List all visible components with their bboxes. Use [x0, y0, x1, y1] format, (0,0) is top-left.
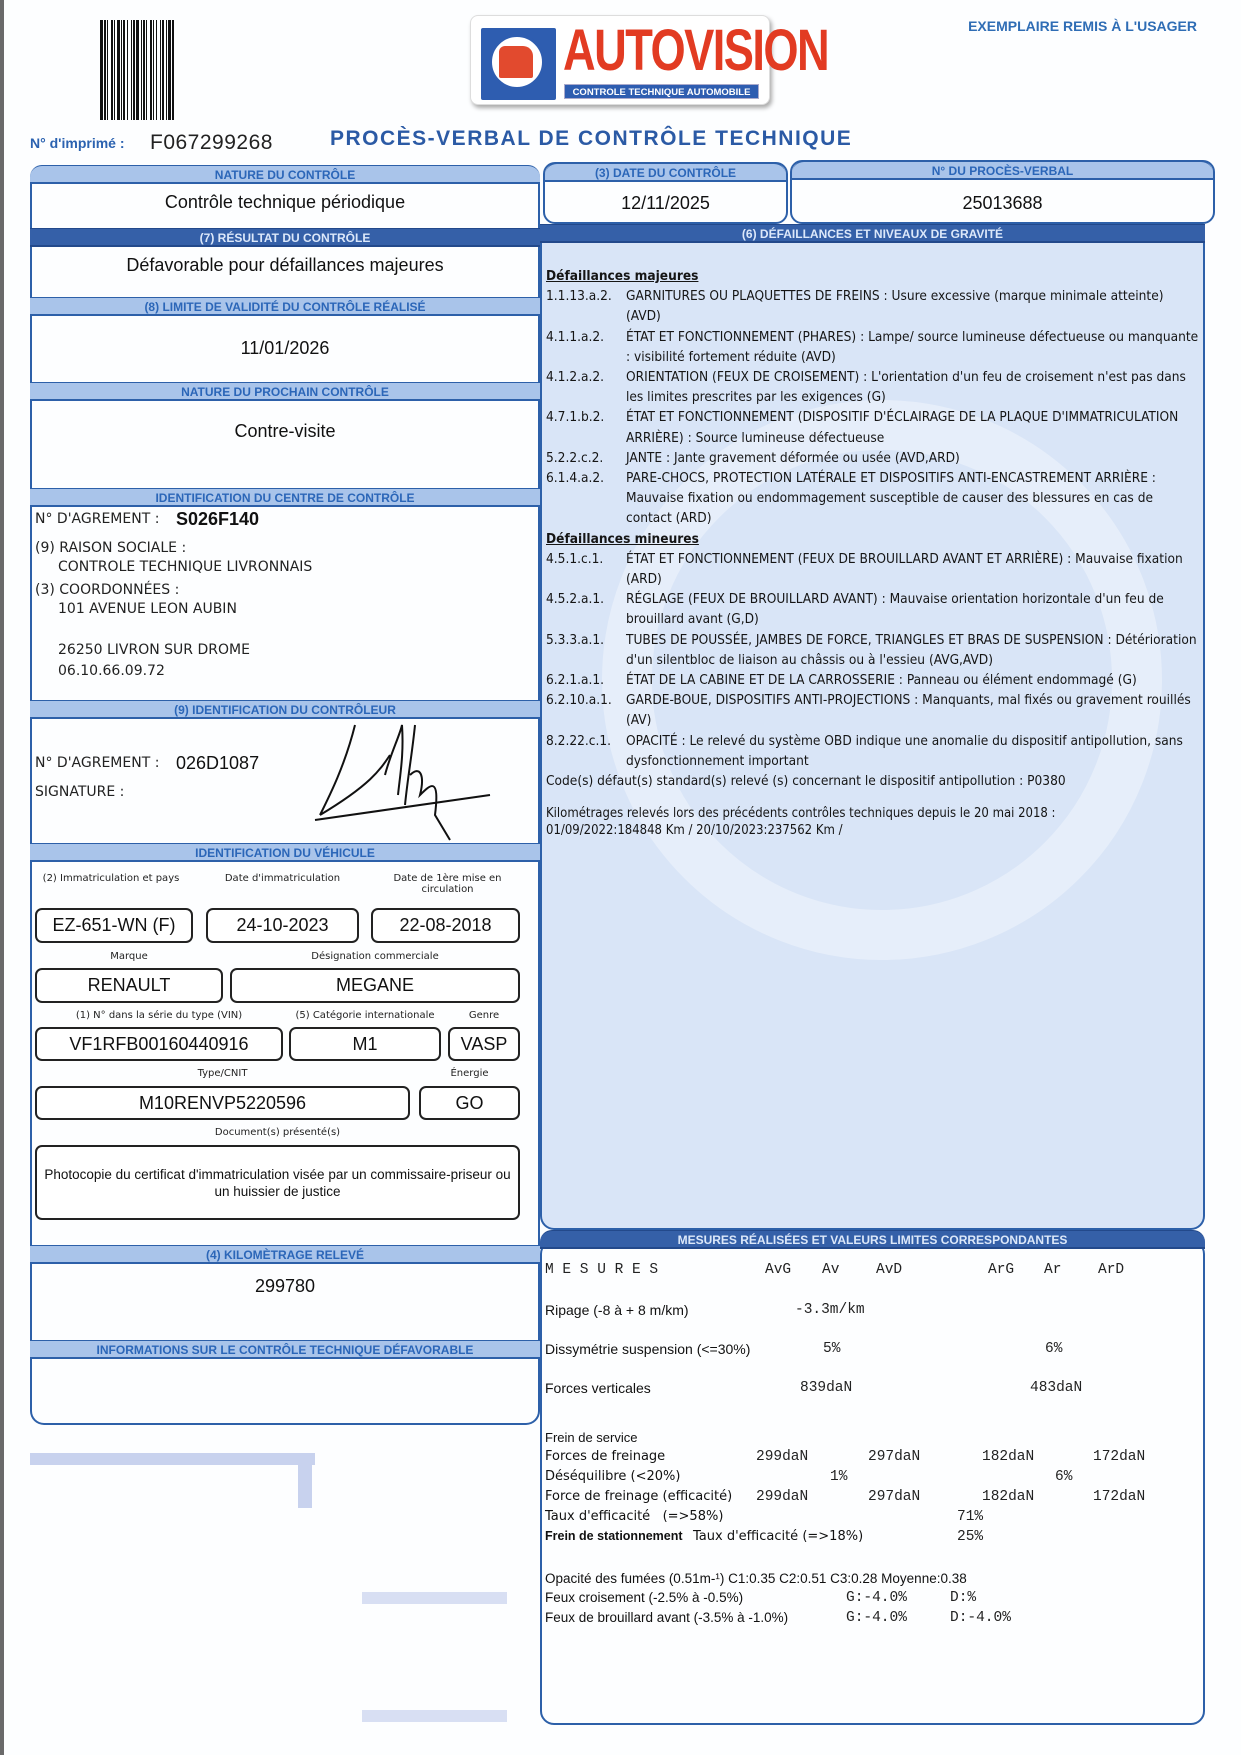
- defaillance-item: 4.7.1.b.2.ÉTAT ET FONCTIONNEMENT (DISPOS…: [546, 407, 1201, 447]
- energie-label: Énergie: [419, 1068, 520, 1079]
- genre-label: Genre: [448, 1010, 520, 1021]
- printed-number-label: N° d'imprimé :: [30, 135, 125, 151]
- date-immat-value: 24-10-2023: [206, 908, 359, 943]
- forces-freinage-ard: 172daN: [1093, 1449, 1145, 1465]
- dissymetrie-label: Dissymétrie suspension (<=30%): [545, 1341, 750, 1357]
- numero-pv-header: N° DU PROCÈS-VERBAL: [792, 161, 1213, 180]
- defaillance-text: ÉTAT ET FONCTIONNEMENT (FEUX DE BROUILLA…: [626, 549, 1201, 589]
- defaillance-code: 4.5.2.a.1.: [546, 589, 626, 629]
- defaillance-item: 4.1.2.a.2.ORIENTATION (FEUX DE CROISEMEN…: [546, 367, 1201, 407]
- defaillances-list: Défaillances majeures 1.1.13.a.2.GARNITU…: [546, 266, 1201, 839]
- efficacite-force-label: Force de freinage (efficacité): [545, 1489, 732, 1504]
- logo-brand: AUTOVISION: [563, 20, 828, 82]
- genre-value: VASP: [448, 1027, 520, 1061]
- col-ard: ArD: [1098, 1262, 1124, 1278]
- copy-notice: EXEMPLAIRE REMIS À L'USAGER: [968, 18, 1197, 34]
- raison-sociale: CONTROLE TECHNIQUE LIVRONNAIS: [58, 559, 312, 575]
- date-circ-label: Date de 1ère mise en circulation: [375, 873, 520, 895]
- defaillance-code: 4.1.2.a.2.: [546, 367, 626, 407]
- centre-agrement: S026F140: [176, 509, 259, 530]
- resultat-value: Défavorable pour défaillances majeures: [30, 255, 540, 276]
- date-controle-value: 12/11/2025: [545, 193, 786, 214]
- type-label: Type/CNIT: [35, 1068, 410, 1079]
- defaillance-text: ÉTAT ET FONCTIONNEMENT (PHARES) : Lampe/…: [626, 327, 1201, 367]
- resultat-header: (7) RÉSULTAT DU CONTRÔLE: [30, 228, 540, 247]
- prochain-controle-header: NATURE DU PROCHAIN CONTRÔLE: [30, 382, 540, 401]
- ripage-value: -3.3m/km: [795, 1302, 865, 1318]
- controleur-agrement: 026D1087: [176, 753, 259, 774]
- mesures-title: M E S U R E S: [545, 1262, 658, 1278]
- defaillance-code: 6.2.1.a.1.: [546, 670, 626, 690]
- nature-controle-value: Contrôle technique périodique: [30, 192, 540, 213]
- efficacite-force-avd: 297daN: [868, 1489, 920, 1505]
- defaillance-text: RÉGLAGE (FEUX DE BROUILLARD AVANT) : Mau…: [626, 589, 1201, 629]
- coordonnees-label: (3) COORDONNÉES :: [35, 582, 179, 598]
- phone: 06.10.66.09.72: [58, 663, 165, 679]
- col-av: Av: [822, 1262, 839, 1278]
- defaillance-code: 8.2.22.c.1.: [546, 731, 626, 771]
- defaillance-item: 4.5.2.a.1.RÉGLAGE (FEUX DE BROUILLARD AV…: [546, 589, 1201, 629]
- barcode: [100, 20, 290, 120]
- mesures-header: MESURES RÉALISÉES ET VALEURS LIMITES COR…: [540, 1230, 1205, 1249]
- kilometrage-header: (4) KILOMÈTRAGE RELEVÉ: [30, 1245, 540, 1264]
- mineures-title: Défaillances mineures: [546, 529, 1201, 549]
- vehicule-header: IDENTIFICATION DU VÉHICULE: [30, 843, 540, 862]
- defaillance-code: 4.1.1.a.2.: [546, 327, 626, 367]
- opacite-fumees: Opacité des fumées (0.51m-¹) C1:0.35 C2:…: [545, 1571, 967, 1586]
- efficacite-force-arg: 182daN: [982, 1489, 1034, 1505]
- date-controle-header: (3) DATE DU CONTRÔLE: [545, 163, 786, 182]
- desequilibre-av: 1%: [830, 1469, 847, 1485]
- categorie-value: M1: [289, 1027, 441, 1061]
- desequilibre-ar: 6%: [1055, 1469, 1072, 1485]
- dissymetrie-av: 5%: [823, 1341, 840, 1357]
- autovision-logo: AUTOVISION CONTROLE TECHNIQUE AUTOMOBILE: [470, 15, 770, 105]
- frein-stationnement-label: Frein de stationnement: [545, 1529, 683, 1543]
- designation-label: Désignation commerciale: [230, 951, 520, 962]
- marque-value: RENAULT: [35, 968, 223, 1003]
- defaillance-code: 6.2.10.a.1.: [546, 690, 626, 730]
- defaillance-text: GARNITURES OU PLAQUETTES DE FREINS : Usu…: [626, 286, 1201, 326]
- prochain-controle-value: Contre-visite: [30, 421, 540, 442]
- defaillance-text: ÉTAT ET FONCTIONNEMENT (DISPOSITIF D'ÉCL…: [626, 407, 1201, 447]
- printed-number: F067299268: [150, 131, 273, 155]
- address-line2: 26250 LIVRON SUR DROME: [58, 642, 250, 658]
- marque-label: Marque: [35, 951, 223, 962]
- defaillance-item: 6.2.10.a.1.GARDE-BOUE, DISPOSITIFS ANTI-…: [546, 690, 1201, 730]
- date-immat-label: Date d'immatriculation: [205, 873, 360, 884]
- desequilibre-label: Déséquilibre (<20%): [545, 1469, 680, 1484]
- feux-brouillard-label: Feux de brouillard avant (-3.5% à -1.0%): [545, 1610, 788, 1625]
- immat-label: (2) Immatriculation et pays: [36, 873, 186, 884]
- defaillance-code: 5.3.3.a.1.: [546, 630, 626, 670]
- defaillance-text: OPACITÉ : Le relevé du système OBD indiq…: [626, 731, 1201, 771]
- defaillance-text: PARE-CHOCS, PROTECTION LATÉRALE ET DISPO…: [626, 468, 1201, 529]
- page-title: PROCÈS-VERBAL DE CONTRÔLE TECHNIQUE: [330, 127, 852, 151]
- kilometrages-intro: Kilométrages relevés lors des précédents…: [546, 805, 1201, 822]
- scan-edge: [0, 0, 4, 1755]
- col-ar: Ar: [1044, 1262, 1061, 1278]
- energie-value: GO: [419, 1086, 520, 1120]
- centre-agrement-label: N° D'AGREMENT :: [35, 511, 159, 527]
- logo-tagline: CONTROLE TECHNIQUE AUTOMOBILE: [564, 84, 759, 99]
- kilometrages-history: 01/09/2022:184848 Km / 20/10/2023:237562…: [546, 822, 1201, 839]
- signature-label: SIGNATURE :: [35, 784, 124, 800]
- defaillance-text: ÉTAT DE LA CABINE ET DE LA CARROSSERIE :…: [626, 670, 1201, 690]
- defaillances-header: (6) DÉFAILLANCES ET NIVEAUX DE GRAVITÉ: [540, 224, 1205, 243]
- type-value: M10RENVP5220596: [35, 1086, 410, 1120]
- numero-pv-value: 25013688: [792, 193, 1213, 214]
- feux-brouillard-g: G:-4.0%: [846, 1610, 907, 1626]
- feux-croisement-g: G:-4.0%: [846, 1590, 907, 1606]
- efficacite-force-ard: 172daN: [1093, 1489, 1145, 1505]
- defaillance-text: ORIENTATION (FEUX DE CROISEMENT) : L'ori…: [626, 367, 1201, 407]
- defaillance-item: 4.1.1.a.2.ÉTAT ET FONCTIONNEMENT (PHARES…: [546, 327, 1201, 367]
- defaillance-item: 5.2.2.c.2.JANTE : Jante gravement déform…: [546, 448, 1201, 468]
- centre-header: IDENTIFICATION DU CENTRE DE CONTRÔLE: [30, 488, 540, 507]
- photo-frame-corner: [298, 1453, 312, 1508]
- taux-efficacite-value: 71%: [957, 1509, 983, 1525]
- ripage-label: Ripage (-8 à + 8 m/km): [545, 1302, 689, 1318]
- defaillance-text: TUBES DE POUSSÉE, JAMBES DE FORCE, TRIAN…: [626, 630, 1201, 670]
- car-magnifier-icon: [481, 28, 556, 100]
- forces-verticales-label: Forces verticales: [545, 1380, 651, 1396]
- defaillance-code: 4.7.1.b.2.: [546, 407, 626, 447]
- frein-stationnement-taux: 25%: [957, 1529, 983, 1545]
- defaillance-item: 4.5.1.c.1.ÉTAT ET FONCTIONNEMENT (FEUX D…: [546, 549, 1201, 589]
- forces-verticales-av: 839daN: [800, 1380, 852, 1396]
- frein-stationnement-taux-label: Taux d'efficacité (=>18%): [693, 1529, 863, 1544]
- feux-brouillard-d: D:-4.0%: [950, 1610, 1011, 1626]
- defaillance-code: 1.1.13.a.2.: [546, 286, 626, 326]
- categorie-label: (5) Catégorie internationale: [289, 1010, 441, 1021]
- forces-freinage-avg: 299daN: [756, 1449, 808, 1465]
- documents-value: Photocopie du certificat d'immatriculati…: [35, 1145, 520, 1220]
- frein-service-title: Frein de service: [545, 1430, 637, 1445]
- defaillance-item: 6.2.1.a.1.ÉTAT DE LA CABINE ET DE LA CAR…: [546, 670, 1201, 690]
- col-avg: AvG: [765, 1262, 791, 1278]
- nature-controle-header: NATURE DU CONTRÔLE: [30, 165, 540, 184]
- forces-verticales-ar: 483daN: [1030, 1380, 1082, 1396]
- defaillance-item: 1.1.13.a.2.GARNITURES OU PLAQUETTES DE F…: [546, 286, 1201, 326]
- date-circ-value: 22-08-2018: [371, 908, 520, 943]
- documents-label: Document(s) présenté(s): [35, 1127, 520, 1138]
- taux-efficacite-label: Taux d'efficacité (=>58%): [545, 1509, 723, 1524]
- limite-validite-value: 11/01/2026: [30, 338, 540, 359]
- vin-value: VF1RFB00160440916: [35, 1027, 283, 1061]
- infos-defavorable-header: INFORMATIONS SUR LE CONTRÔLE TECHNIQUE D…: [30, 1340, 540, 1359]
- photo-frame-corner: [362, 1592, 507, 1604]
- defaillance-item: 6.1.4.a.2.PARE-CHOCS, PROTECTION LATÉRAL…: [546, 468, 1201, 529]
- forces-freinage-arg: 182daN: [982, 1449, 1034, 1465]
- forces-freinage-label: Forces de freinage: [545, 1449, 665, 1464]
- efficacite-force-avg: 299daN: [756, 1489, 808, 1505]
- defaillance-text: JANTE : Jante gravement déformée ou usée…: [626, 448, 1201, 468]
- controleur-agrement-label: N° D'AGREMENT :: [35, 755, 159, 771]
- address-line1: 101 AVENUE LEON AUBIN: [58, 601, 237, 617]
- raison-sociale-label: (9) RAISON SOCIALE :: [35, 540, 186, 556]
- forces-freinage-avd: 297daN: [868, 1449, 920, 1465]
- designation-value: MEGANE: [230, 968, 520, 1003]
- defaillance-code: 4.5.1.c.1.: [546, 549, 626, 589]
- defaillance-code: 5.2.2.c.2.: [546, 448, 626, 468]
- feux-croisement-label: Feux croisement (-2.5% à -0.5%): [545, 1590, 743, 1605]
- codes-defaut: Code(s) défaut(s) standard(s) relevé (s)…: [546, 771, 1201, 791]
- dissymetrie-ar: 6%: [1045, 1341, 1062, 1357]
- col-avd: AvD: [876, 1262, 902, 1278]
- feux-croisement-d: D:%: [950, 1590, 976, 1606]
- photo-frame-corner: [30, 1453, 315, 1465]
- defaillance-code: 6.1.4.a.2.: [546, 468, 626, 529]
- defaillance-item: 5.3.3.a.1.TUBES DE POUSSÉE, JAMBES DE FO…: [546, 630, 1201, 670]
- vin-label: (1) N° dans la série du type (VIN): [35, 1010, 283, 1021]
- defaillance-item: 8.2.22.c.1.OPACITÉ : Le relevé du systèm…: [546, 731, 1201, 771]
- majeures-title: Défaillances majeures: [546, 266, 1201, 286]
- col-arg: ArG: [988, 1262, 1014, 1278]
- limite-validite-header: (8) LIMITE DE VALIDITÉ DU CONTRÔLE RÉALI…: [30, 297, 540, 316]
- photo-frame-corner: [362, 1710, 507, 1722]
- kilometrage-value: 299780: [30, 1276, 540, 1297]
- signature-scribble: [300, 715, 500, 845]
- defaillance-text: GARDE-BOUE, DISPOSITIFS ANTI-PROJECTIONS…: [626, 690, 1201, 730]
- immat-value: EZ-651-WN (F): [35, 908, 193, 943]
